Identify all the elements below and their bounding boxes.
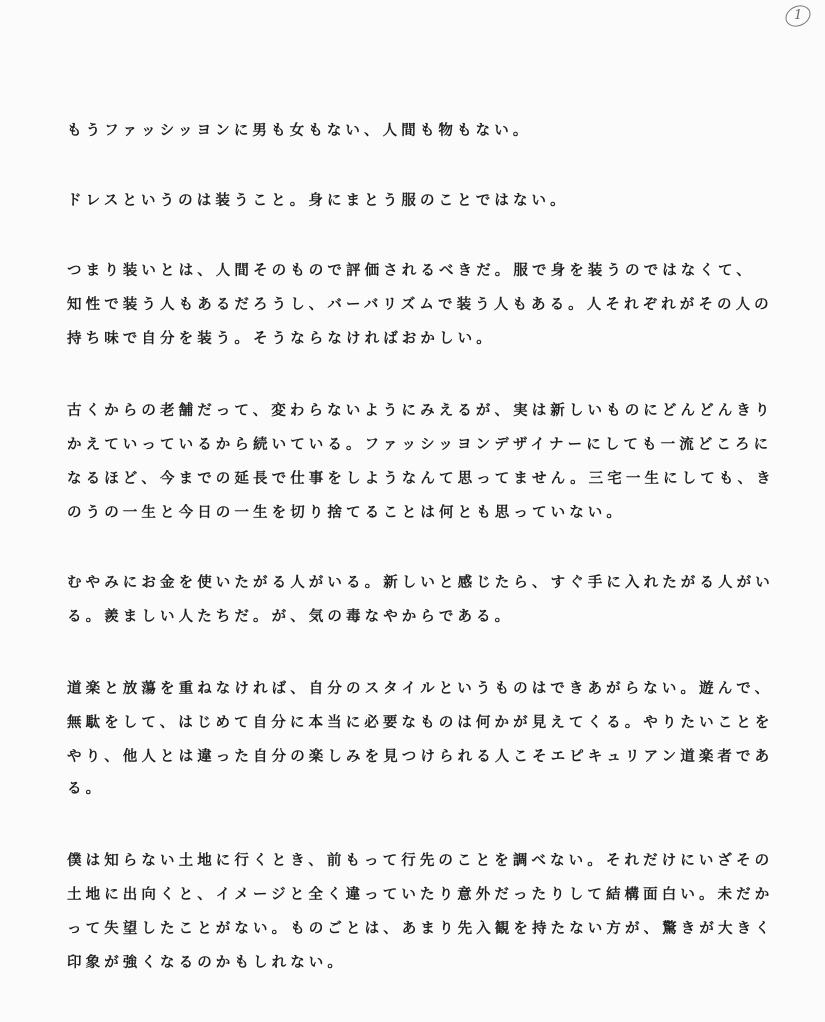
text-line: 印象が強くなるのかもしれない。: [67, 953, 346, 973]
text-line: やり、他人とは違った自分の楽しみを見つけられる人こそエピキュリアン道楽者であ: [67, 747, 773, 767]
text-line: る。羨ましい人たちだ。が、気の毒なやからである。: [67, 607, 513, 627]
text-line: 道楽と放蕩を重ねなければ、自分のスタイルというものはできあがらない。遊んで、: [67, 679, 773, 699]
text-line: かえていっているから続いている。ファッシッヨンデザイナーにしても一流どころに: [67, 435, 772, 455]
text-line: つまり装いとは、人間そのもので評価されるべきだ。服で身を装うのではなくて、: [67, 261, 755, 281]
text-line: もうファッシッヨンに男も女もない、人間も物もない。: [67, 121, 531, 141]
text-line: 無駄をして、はじめて自分に本当に必要なものは何かが見えてくる。やりたいことを: [67, 713, 774, 733]
text-line: ドレスというのは装うこと。身にまとう服のことではない。: [67, 191, 569, 211]
text-line: って失望したことがない。ものごとは、あまり先入観を持たない方が、驚きが大きく: [67, 919, 774, 939]
text-line: 持ち味で自分を装う。そうならなければおかしい。: [67, 329, 495, 349]
page-number-badge: 1: [782, 1, 814, 30]
text-line: る。: [67, 779, 104, 799]
page-number: 1: [794, 7, 802, 25]
text-line: むやみにお金を使いたがる人がいる。新しいと感じたら、すぐ手に入れたがる人がい: [67, 573, 774, 593]
text-line: 僕は知らない土地に行くとき、前もって行先のことを調べない。それだけにいざその: [67, 851, 773, 871]
text-line: 知性で装う人もあるだろうし、バーバリズムで装う人もある。人それぞれがその人の: [67, 295, 773, 315]
text-line: のうの一生と今日の一生を切り捨てることは何とも思っていない。: [67, 503, 625, 523]
text-line: なるほど、今までの延長で仕事をしようなんて思ってません。三宅一生にしても、き: [67, 469, 775, 489]
text-line: 古くからの老舗だって、変わらないようにみえるが、実は新しいものにどんどんきり: [67, 401, 774, 421]
text-line: 土地に出向くと、イメージと全く違っていたり意外だったりして結構面白い。未だか: [67, 885, 773, 905]
